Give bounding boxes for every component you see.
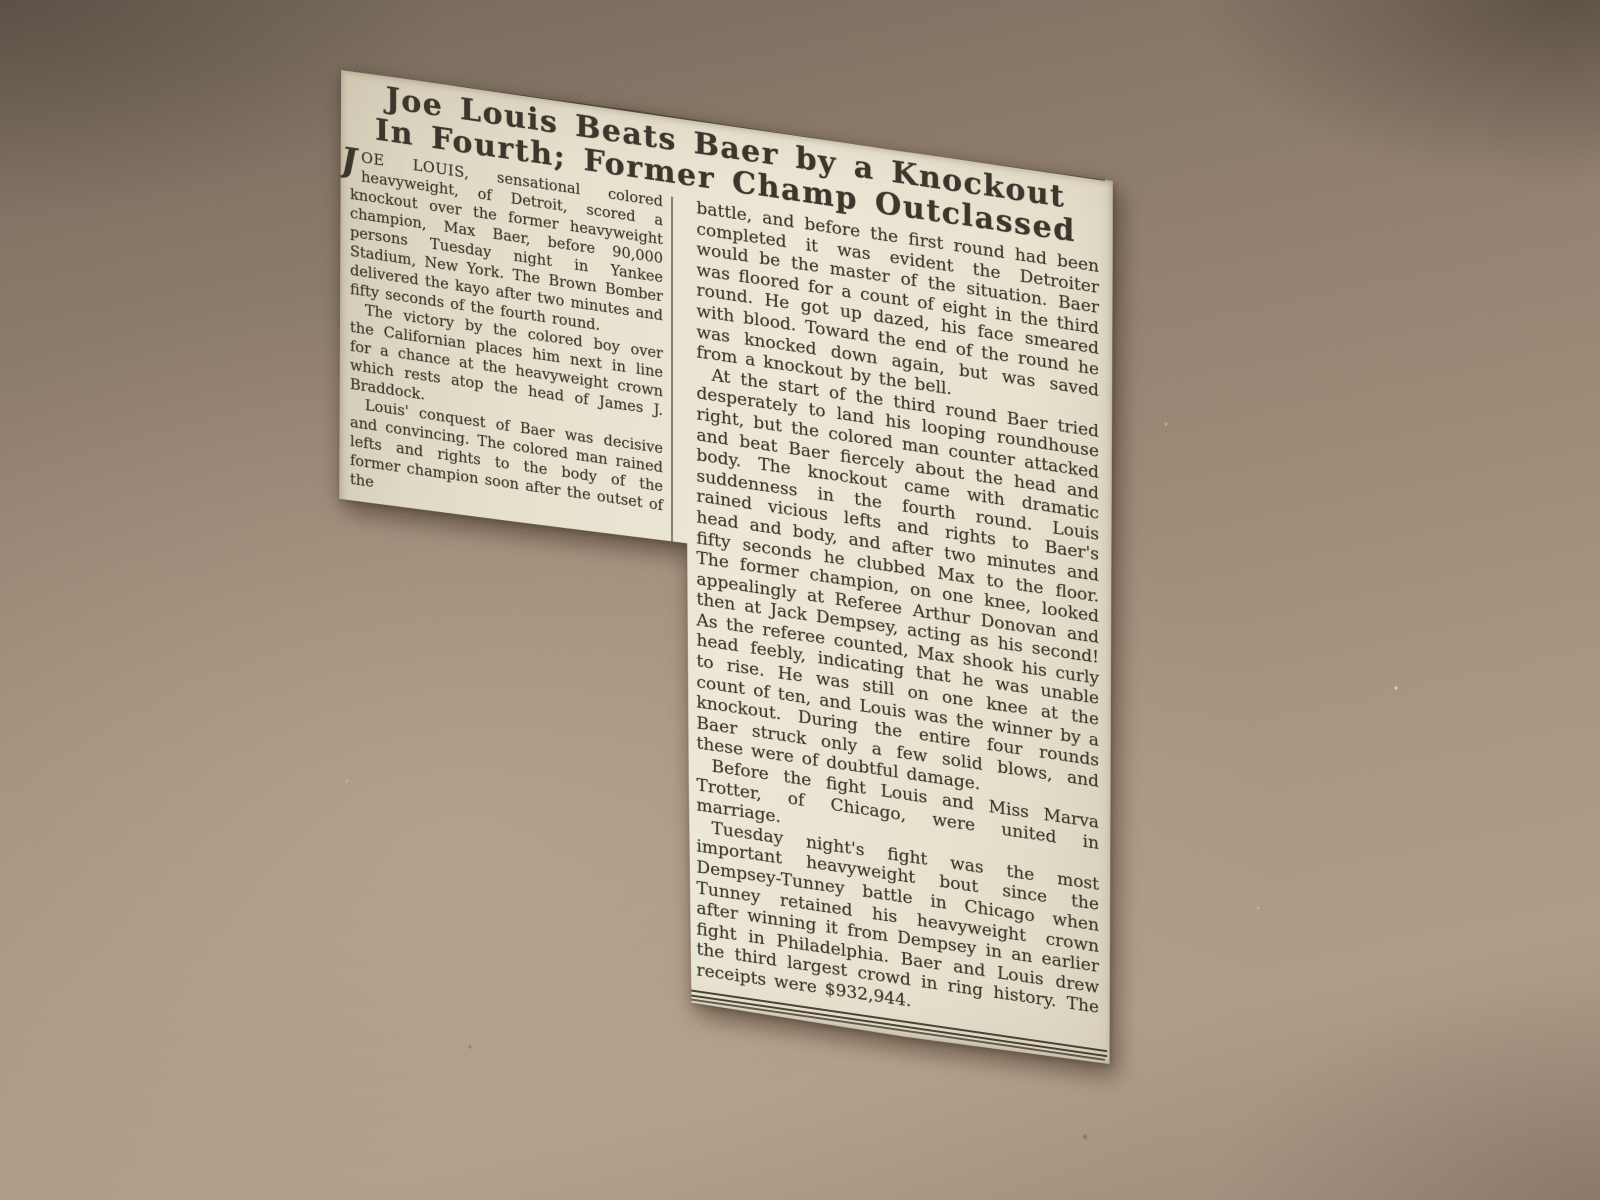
column-divider-rule xyxy=(671,197,673,994)
photo-scene: Joe Louis Beats Baer by a Knockout In Fo… xyxy=(0,0,1600,1200)
clipping-paper: Joe Louis Beats Baer by a Knockout In Fo… xyxy=(338,67,1113,1068)
article-columns: JOE LOUIS, sensational colored heavyweig… xyxy=(338,146,1113,1058)
left-column: JOE LOUIS, sensational colored heavyweig… xyxy=(338,146,663,992)
paragraph: At the start of the third round Baer tri… xyxy=(697,363,1100,813)
newspaper-clipping: Joe Louis Beats Baer by a Knockout In Fo… xyxy=(338,58,1113,1059)
drop-cap: J xyxy=(341,144,357,176)
right-column: battle, and before the first round had b… xyxy=(681,196,1114,1058)
